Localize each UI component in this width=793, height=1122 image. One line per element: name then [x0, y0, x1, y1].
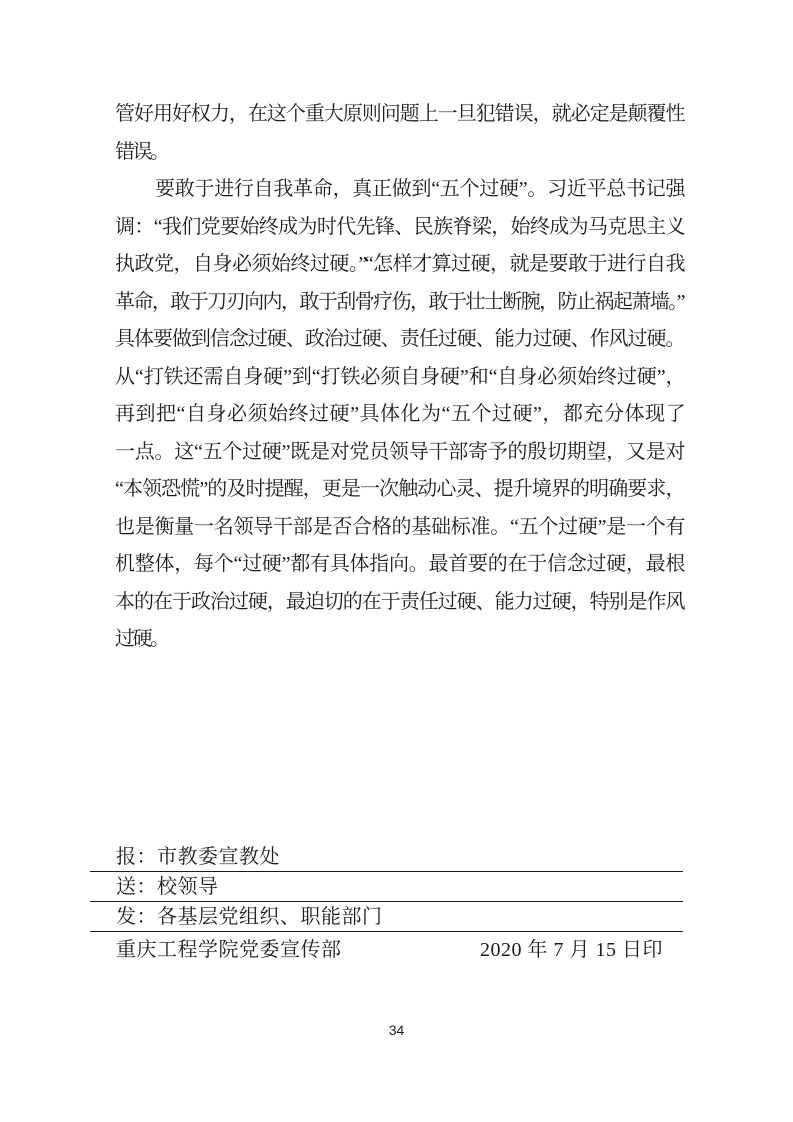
body-line: 从“打铁还需自身硬”到“打铁必须自身硬”和“自身必须始终过硬”， [115, 359, 683, 397]
distribution-row: 报：市教委宣教处 [90, 842, 683, 872]
body-line: 也是衡量一名领导干部是否合格的基础标准。“五个过硬”是一个有 [115, 509, 683, 547]
body-line: 革命，敢于刀刃向内，敢于刮骨疗伤，敢于壮士断腕，防止祸起萧墙。” [115, 284, 683, 322]
body-line: “本领恐慌”的及时提醒，更是一次触动心灵、提升境界的明确要求， [115, 471, 683, 509]
imprint-row: 重庆工程学院党委宣传部 2020 年 7 月 15 日印 [90, 932, 683, 968]
body-line: 机整体，每个“过硬”都有具体指向。最首要的在于信念过硬，最根 [115, 546, 683, 584]
body-line: 执政党，自身必须始终过硬。”“怎样才算过硬，就是要敢于进行自我 [115, 246, 683, 284]
body-line: 过硬。 [115, 621, 683, 659]
body-line: 错误。 [115, 134, 683, 172]
distribution-rows: 报：市教委宣教处送：校领导发：各基层党组织、职能部门 [90, 842, 683, 932]
document-page: 管好用好权力，在这个重大原则问题上一旦犯错误，就必定是颠覆性错误。要敢于进行自我… [0, 0, 793, 1122]
body-line: 本的在于政治过硬，最迫切的在于责任过硬、能力过硬，特别是作风 [115, 584, 683, 622]
body-line: 要敢于进行自我革命，真正做到“五个过硬”。习近平总书记强 [115, 171, 683, 209]
distribution-footer: 报：市教委宣教处送：校领导发：各基层党组织、职能部门 重庆工程学院党委宣传部 2… [90, 842, 683, 968]
distribution-row: 送：校领导 [90, 872, 683, 902]
page-number: 34 [0, 1022, 793, 1038]
body-line: 具体要做到信念过硬、政治过硬、责任过硬、能力过硬、作风过硬。 [115, 321, 683, 359]
body-line: 调：“我们党要始终成为时代先锋、民族脊梁，始终成为马克思主义 [115, 209, 683, 247]
body-line: 管好用好权力，在这个重大原则问题上一旦犯错误，就必定是颠覆性 [115, 96, 683, 134]
body-line: 一点。这“五个过硬”既是对党员领导干部寄予的殷切期望，又是对 [115, 434, 683, 472]
body-line: 再到把“自身必须始终过硬”具体化为“五个过硬”，都充分体现了 [115, 396, 683, 434]
document-body: 管好用好权力，在这个重大原则问题上一旦犯错误，就必定是颠覆性错误。要敢于进行自我… [115, 96, 683, 659]
issuer-name: 重庆工程学院党委宣传部 [116, 932, 342, 968]
distribution-row: 发：各基层党组织、职能部门 [90, 902, 683, 932]
print-date: 2020 年 7 月 15 日印 [480, 932, 663, 968]
